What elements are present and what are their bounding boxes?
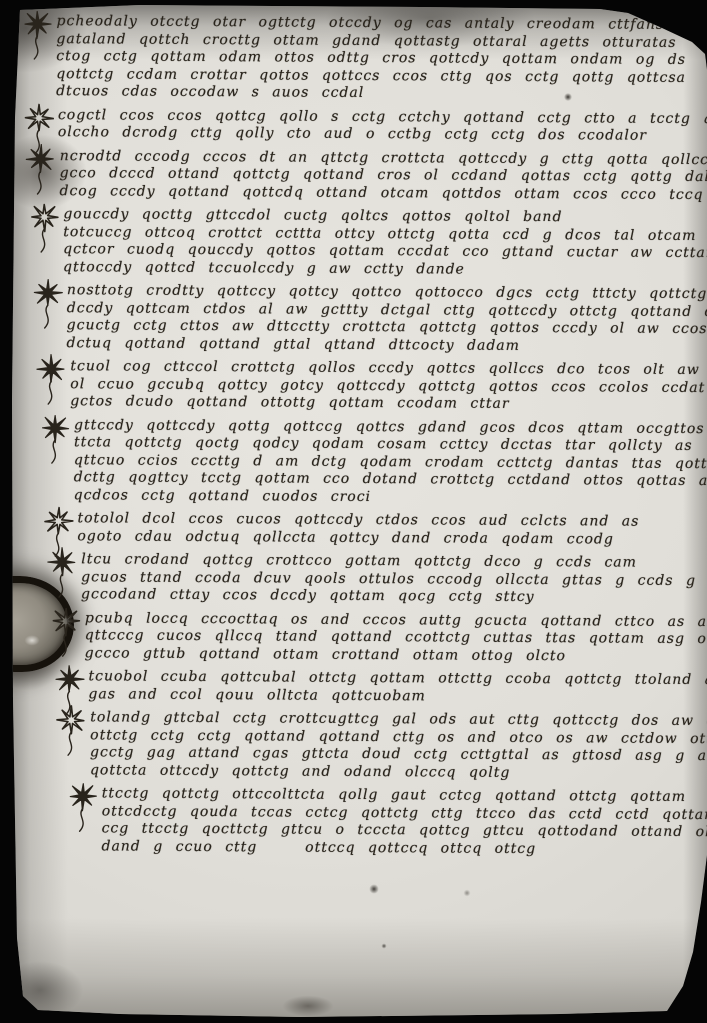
manuscript-paragraph: pcheodaly otcctg otar ogttctg otccdy og …: [56, 13, 699, 104]
manuscript-paragraph: gouccdy qocttg gttccdol cuctg qoltcs qot…: [63, 206, 697, 280]
star-filled-icon: [40, 412, 70, 468]
manuscript-paragraph: ttcctg qottctg ottccolttcta qollg gaut c…: [101, 785, 693, 859]
manuscript-page: pcheodaly otcctg otar ogttctg otccdy og …: [0, 0, 707, 1023]
voynich-text-line: ogoto cdau odctuq qollccta qottcy dand c…: [77, 528, 695, 549]
star-outline-icon: [29, 202, 59, 258]
text-block: pcheodaly otcctg otar ogttctg otccdy og …: [37, 13, 698, 865]
voynich-text-line: olccho dcrodg cttg qolly cto aud o cctbg…: [58, 124, 698, 145]
scan-background: { "document": { "kind": "manuscript-page…: [0, 0, 707, 1023]
manuscript-paragraph: ltcu crodand qottcg crottcco gottam qott…: [81, 551, 695, 607]
voynich-text-line: qottcta ottccdy qottctg and odand olcccq…: [90, 762, 694, 783]
manuscript-paragraph: pcubq loccq cccocttaq os and cccos auttg…: [85, 610, 695, 666]
voynich-text-line: dcog cccdy qottand qottcdq ottand otcam …: [59, 183, 697, 204]
voynich-text-line: dand g ccuo cttg ottccq qottccq ottcq ot…: [101, 838, 693, 859]
star-filled-icon: [68, 781, 98, 837]
star-filled-icon: [47, 547, 77, 603]
star-filled-icon: [33, 278, 63, 334]
manuscript-paragraph: gttccdy qottccdy qottg qottccg qottcs gd…: [74, 417, 697, 508]
manuscript-paragraph: nosttotg crodtty qottccy qottcy qottco q…: [67, 282, 697, 356]
manuscript-paragraph: tcuol cog cttccol crottctg qollos cccdy …: [70, 358, 696, 414]
star-filled-icon: [22, 9, 52, 65]
star-filled-icon: [36, 354, 66, 410]
manuscript-paragraph: tcuobol ccuba qottcubal ottctg qottam ot…: [88, 668, 694, 707]
voynich-text-line: gas and ccol qouu olltcta qottcuobam: [88, 686, 694, 707]
manuscript-paragraph: tolandg gttcbal cctg crottcugttcg gal od…: [90, 709, 694, 783]
manuscript-paragraph: totolol dcol ccos cucos qottccdy ctdos c…: [77, 510, 695, 549]
star-outline-icon: [56, 705, 86, 761]
star-filled-icon: [25, 143, 55, 199]
voynich-text-line: gccco gttub qottand ottam crottand ottam…: [85, 645, 695, 666]
star-outline-icon: [51, 606, 81, 662]
manuscript-paragraph: ncrodtd cccodg cccos dt an qttctg crottc…: [59, 148, 697, 204]
manuscript-paragraph: cogctl ccos ccos qottcg qollo s cctg cct…: [58, 107, 698, 146]
